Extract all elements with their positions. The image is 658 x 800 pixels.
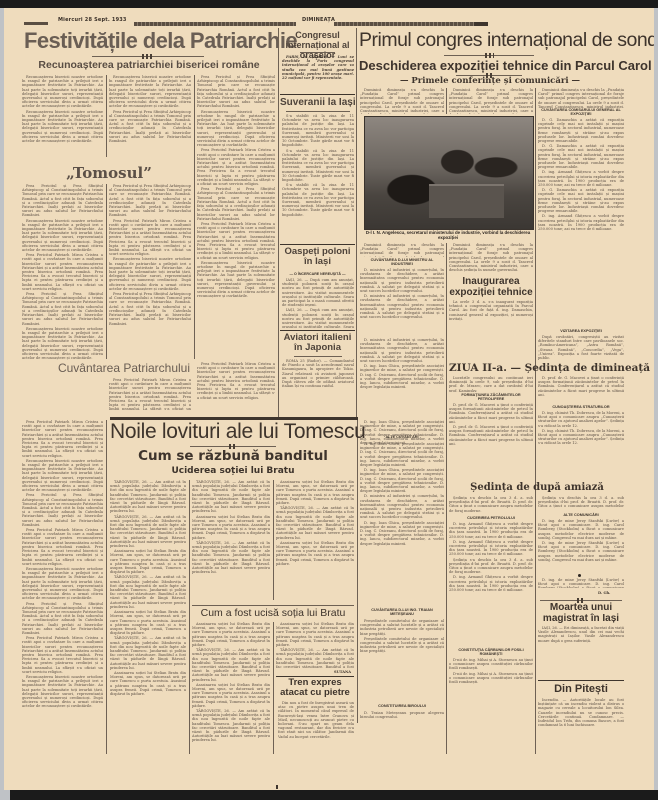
paragraph: Prea Fericitul și Prea Sfințitul Arhiepi… [197, 187, 275, 221]
paragraph: D. G. Damaschin a arătat că expoziția cu… [538, 188, 624, 213]
paragraph: Recunoașterea bisericii noastre ortodoxe… [22, 327, 103, 361]
paragraph: Lucrările congresului au continuat ieri … [449, 376, 533, 392]
paragraph: D. ing. Ioan Ghica, președintele asociaț… [360, 468, 444, 493]
paragraph: D. ing. chimist Th. Dobrescu, de la More… [538, 411, 624, 428]
article-body: S-a stabilit că la ziua de 11 Octombrie … [282, 114, 354, 244]
paragraph: TÂRGOVIȘTE, 26. — Am arătat că în urmă p… [192, 480, 270, 514]
paragraph: D. ministru al industriei și comerțului,… [360, 294, 444, 319]
article-body: IAȘI, 26. — După cum am anunțat, studenț… [282, 278, 354, 328]
article-body: Prea Fericitul și Prea Sfințitul Arhiepi… [197, 75, 275, 355]
paragraph: D. ing. Ioan Ghica, președintele asociaț… [360, 364, 444, 389]
paragraph: Prea Fericitul Patriarh Miron Cristea a … [22, 528, 103, 566]
paragraph: TÂRGOVIȘTE, 26. — Am arătat că în urmă p… [276, 506, 354, 540]
paragraph: Recunoașterea bisericii noastre ortodoxe… [197, 110, 275, 148]
divider [192, 605, 354, 606]
paragraph: Asasinarea soției lui Stelian Bratu din … [192, 622, 270, 647]
paragraph: D. ing. Ioan Ghica, președintele asociaț… [360, 442, 444, 467]
paragraph: Ședința s-a deschis la ora 3 d. a. sub p… [538, 496, 624, 508]
article-body: Prea Fericitul Patriarh Miron Cristea a … [22, 420, 103, 775]
paragraph: TÂRGOVIȘTE, 26. — Am arătat că în urmă p… [110, 515, 186, 549]
paragraph: Recunoașterea bisericii noastre ortodoxe… [22, 219, 103, 253]
divider [294, 356, 342, 357]
paragraph: Asasinarea soției lui Stelian Bratu din … [276, 622, 354, 647]
paragraph: D. ing. de mine Jerzy Stanfski (Lwów) a … [538, 578, 624, 588]
article-body: Recunoașterea bisericii noastre ortodoxe… [109, 75, 191, 160]
paragraph: Prea Fericitul Patriarh Miron Cristea a … [197, 222, 275, 260]
masthead-title: DIMINEAȚA [302, 17, 335, 23]
paragraph: Prea Fericitul Patriarh Miron Cristea a … [197, 362, 275, 400]
headline-drilling-congress: Primul congres internațional de sondaje [359, 29, 621, 51]
article-body: ROMA 25 (Rador). — Comandantul de Pinedo… [282, 359, 354, 409]
paragraph: S-a stabilit că la ziua de 11 Octombrie … [282, 114, 354, 148]
paragraph: Prea Fericitul și Prea Sfințitul Arhiepi… [109, 184, 191, 218]
kicker-drilling-congress: — Primele conferințe și comunicări — [359, 76, 621, 87]
paragraph: Asasinarea soției lui Stelian Bratu din … [192, 683, 270, 708]
section-head: CUCERIREA PETROLULUI [449, 516, 533, 520]
paragraph: Recunoașterea bisericii noastre ortodoxe… [22, 567, 103, 601]
section-head: CUNOAȘTEREA STRATURILOR [538, 405, 624, 409]
article-body: Asasinarea soției lui Stelian Bratu din … [192, 622, 270, 775]
article-body: D-nii dr. ing. Mihai și A. Stoenescu au … [449, 658, 533, 706]
masthead-rule [334, 22, 474, 26]
paragraph: D. G. Damaschin a arătat că expoziția cu… [538, 118, 624, 143]
article-body: D. ing. chimist Th. Dobrescu, de la More… [538, 411, 624, 481]
headline-bratu-wife: Cum a fost ucisă soția lui Bratu [192, 607, 354, 619]
paragraph: TÂRGOVIȘTE, 26. — Am arătat că în urmă p… [110, 480, 186, 514]
kicker-tomescu: Uciderea soției lui Bratu [110, 466, 356, 477]
ornament-divider [444, 54, 534, 57]
article-body: Prea Fericitul Patriarh Miron Cristea a … [109, 378, 191, 410]
column-rule [189, 480, 190, 775]
section-head: FORMAȚIUNEA ZĂCĂMINTELOR PETROLIFERE [449, 393, 533, 402]
section-head-afternoon: Ședința de după amiază [449, 482, 625, 494]
photo-caption: D-l I. N. Angelescu, secretarul minister… [362, 230, 534, 240]
paragraph: D. prof. dr. G. Macovei a ținut o confer… [449, 425, 533, 446]
paragraph: Recunoașterea bisericii noastre ortodoxe… [22, 75, 103, 109]
section-head: CUVÂNTAREA D-LUI MINISTRU AL INDUSTRIEI [360, 258, 444, 267]
paragraph: D. ing. Armand Ghițescu a vorbit despre … [538, 170, 624, 187]
paragraph: Prea Fericitul Patriarh Miron Cristea a … [22, 420, 103, 458]
section-head: VIZITAREA EXPOZIȚIEI [538, 329, 624, 333]
page-mark [276, 785, 278, 789]
headline-pitesti: Din Pitești [538, 683, 624, 696]
headline-magistrate: Moartea unui magistrat în Iași [538, 602, 624, 624]
subheadline-tomescu: Cum se răzbună banditul [110, 448, 356, 464]
article-body: D. prof. dr. G. Macovei a ținut o confer… [449, 403, 533, 475]
article-body: Din nou a fost de înregistrat aseară un … [278, 701, 354, 751]
paragraph: Prea Fericitul și Prea Sfințitul Arhiepi… [109, 292, 191, 326]
paragraph: Asasinarea soției lui Stelian Bratu din … [192, 515, 270, 540]
paragraph: D. ing. Armand Ghițescu a vorbit despre … [538, 214, 624, 231]
paragraph: Din nou a fost de înregistrat aseară un … [278, 701, 354, 739]
paragraph: D. ing. Armand Ghițescu a vorbit despre … [449, 522, 533, 539]
section-head: CUVÂNTAREA D-LUI ING. TRAIAN METEȘEANU [360, 608, 444, 617]
article-body: D. ing. de mine Jerzy Stanfski (Lwów) a … [538, 519, 624, 573]
paragraph: D. ing. chimist Th. Dobrescu, de la More… [538, 429, 624, 446]
divider [280, 330, 355, 331]
dateline: Miercuri 28 Sept. 1933 [58, 17, 127, 23]
article-body: TÂRGOVIȘTE, 26. — Am arătat că în urmă p… [110, 480, 186, 775]
ornament-divider [92, 55, 204, 58]
article-body: Prea Fericitul și Prea Sfințitul Arhiepi… [22, 184, 103, 419]
column-rule [278, 28, 279, 418]
paragraph: Prea Fericitul și Prea Sfințitul Arhiepi… [197, 75, 275, 109]
article-body: PARIS, 26, (Rador). — Luni se deschide l… [282, 55, 354, 91]
paragraph: După cuvântări, congresiștii au vizitat … [538, 335, 624, 360]
paragraph: Duminică dimineața s-a deschis la „Funda… [360, 88, 444, 114]
paragraph: D. ing. Ioan Ghica, președintele asociaț… [360, 521, 444, 546]
photo-detail [429, 184, 505, 217]
divider [286, 111, 350, 112]
photo-exhibition-opening [364, 116, 534, 230]
article-body: IAȘI, 26. — Eri dimineață, a încetat din… [538, 626, 624, 656]
masthead-rule-left [24, 22, 48, 25]
paragraph: D. prof. dr. G. Macovei a ținut o confer… [449, 403, 533, 424]
column-rule [106, 184, 107, 359]
paragraph: TÂRGOVIȘTE, 26. — Am arătat că în urmă p… [192, 709, 270, 743]
article-body: Asasinarea soției lui Stelian Bratu din … [276, 622, 354, 668]
article-body: D. G. Damaschin a arătat că expoziția cu… [538, 118, 624, 328]
article-body: Duminică dimineața s-a deschis la „Funda… [360, 88, 444, 114]
column-rule [357, 418, 358, 723]
newspaper-page: Miercuri 28 Sept. 1933 DIMINEAȚA Festivi… [4, 8, 654, 790]
article-body: Prea Fericitul și Prea Sfințitul Arhiepi… [109, 184, 191, 359]
article-body: Duminică dimineața s-a deschis la „Funda… [360, 243, 444, 257]
paragraph: Prea Fericitul Patriarh Miron Cristea a … [22, 253, 103, 291]
paragraph: TÂRGOVIȘTE, 26. — Am arătat că în urmă p… [276, 648, 354, 668]
section-head: ALTE COMUNICĂRI [538, 513, 624, 517]
paragraph: D. Traian Meteșeanu propune alegerea bir… [360, 711, 444, 719]
article-body: Asasinarea soției lui Stelian Bratu din … [276, 480, 354, 605]
paragraph: D. ing. de mine Jerzy Stanfski (Lwów) a … [538, 541, 624, 562]
headline-patriarchate: Festivitățile dela Patriarchie [24, 28, 274, 54]
column-rule [194, 75, 195, 359]
paragraph: S-a stabilit că la ziua de 11 Octombrie … [282, 183, 354, 217]
section-head-day2: ZIUA II-a. — Ședința de dimineață [449, 362, 625, 374]
paragraph: IAȘI, 26. — Eri dimineață, a încetat din… [538, 626, 624, 643]
paragraph: D. ministru al industriei și comerțului,… [360, 338, 444, 363]
section-head-tomos: „Tomosul” [24, 164, 194, 182]
paragraph: Prea Fericitul și Prea Sfințitul Arhiepi… [22, 602, 103, 636]
paragraph: D-nii dr. ing. Mihai și A. Stoenescu au … [449, 658, 533, 671]
article-body: La orele 3 d. a. s-a inaugurat expoziția… [449, 300, 533, 340]
article-body: D. ministru al industriei și comerțului,… [360, 268, 444, 338]
paragraph: Duminică dimineața s-a deschis la „Funda… [449, 243, 533, 272]
divider [300, 52, 335, 53]
paragraph: Recunoașterea bisericii noastre ortodoxe… [22, 459, 103, 493]
paragraph: Incendiu. — Autoritățile locale au fost … [538, 698, 624, 727]
paragraph: D. ministru al industriei și comerțului,… [360, 494, 444, 519]
column-rule [106, 75, 107, 157]
article-body: Ședința s-a deschis la ora 3 d. a. sub p… [538, 496, 624, 508]
paragraph: Luni se deschide la Paris congresul inte… [282, 55, 354, 80]
column-rule [535, 88, 536, 778]
paragraph: Asasinarea soției lui Stelian Bratu din … [276, 541, 354, 566]
headline-sovereigns: Suveranii la Iași [280, 97, 355, 109]
paragraph: TÂRGOVIȘTE, 26. — Am arătat că în urmă p… [110, 575, 186, 609]
paragraph: D. G. Damaschin a arătat că expoziția cu… [538, 144, 624, 169]
paragraph: D. ing. Armand Ghițescu a vorbit despre … [449, 575, 533, 592]
column-rule [446, 88, 447, 114]
paragraph: Recunoașterea bisericii noastre ortodoxe… [22, 110, 103, 144]
divider [280, 94, 355, 95]
headline-italian-aviators: Aviatori italieni în Japonia [280, 333, 355, 353]
paragraph: Recunoașterea bisericii noastre ortodoxe… [197, 261, 275, 299]
paragraph: D. ministru al industriei și comerțului,… [360, 268, 444, 293]
divider [280, 244, 355, 245]
paragraph: Prea Fericitul și Prea Sfințitul Arhiepi… [109, 110, 191, 144]
headline-train-attack: Tren expres atacat cu pietre [276, 678, 354, 698]
section-head: CONSTITUȚIA CĂRBUNILOR FOSILI ROMÂNEȘTI [449, 648, 533, 657]
paragraph: TÂRGOVIȘTE, 26. — Am arătat că în urmă p… [192, 648, 270, 682]
article-body: Duminică dimineața s-a deschis la „Funda… [538, 88, 624, 108]
column-rule [446, 243, 447, 778]
section-head-speech: Cuvântarea Patriarchului [44, 361, 204, 375]
article-body: Prea Fericitul Patriarh Miron Cristea a … [197, 362, 275, 414]
paragraph: Prea Fericitul Patriarh Miron Cristea a … [109, 219, 191, 257]
paragraph: ROMA 25 (Rador). — Comandantul de Pinedo… [282, 359, 354, 388]
paragraph: Duminică dimineața s-a deschis la „Funda… [449, 88, 533, 114]
signature: SUTANA [334, 670, 351, 674]
section-head-inauguration: Inaugurarea expoziției tehnice [449, 276, 533, 298]
paragraph: Prea Fericitul Patriarh Miron Cristea a … [22, 636, 103, 674]
column-rule [273, 622, 274, 775]
paragraph: TÂRGOVIȘTE, 26. — Am arătat că în urmă p… [192, 541, 270, 575]
paragraph: Asasinarea soției lui Stelian Bratu din … [110, 549, 186, 574]
paragraph: Recunoașterea bisericii noastre ortodoxe… [109, 75, 191, 109]
article-body: D. ing. Ioan Ghica, președintele asociaț… [360, 442, 444, 606]
paragraph: Duminică dimineața s-a deschis la „Funda… [360, 243, 444, 257]
kicker: — O ÎNCERCARE NEREUȘITĂ — [280, 272, 355, 276]
section-head: CUVÂNTAREA COMISARULUI GENERAL AL EXPOZI… [538, 108, 624, 117]
column-rule [106, 420, 107, 775]
article-body: D. prof. dr. G. Macovei a ținut o confer… [538, 376, 624, 404]
paragraph: D. ing. de mine Jerzy Stanfski (Lwów) a … [538, 519, 624, 540]
subheadline-patriarchate: Recunoașterea patriarchiei bisericei rom… [24, 59, 274, 72]
paragraph: S-a stabilit că la ziua de 11 Octombrie … [282, 149, 354, 183]
article-body: D. ministru al industriei și comerțului,… [360, 338, 444, 418]
paragraph: Prea Fericitul Patriarh Miron Cristea a … [197, 148, 275, 186]
paragraph: IAȘI, 26. — După cum am anunțat, studenț… [282, 308, 354, 328]
paragraph: La orele 3 d. a. s-a inaugurat expoziția… [449, 300, 533, 321]
paragraph: Asasinarea soției lui Stelian Bratu din … [276, 480, 354, 505]
paragraph: Duminică dimineața s-a deschis la „Funda… [538, 88, 624, 108]
column-rule [356, 28, 357, 418]
paragraph: Prea Fericitul și Prea Sfințitul Arhiepi… [22, 493, 103, 527]
column-rule [273, 480, 274, 600]
article-body: Ședința s-a deschis la ora 3 d. a. sub p… [449, 496, 533, 516]
paragraph: Asasinarea soției lui Stelian Bratu din … [110, 671, 186, 696]
paragraph: Recunoașterea bisericii noastre ortodoxe… [22, 675, 103, 709]
paragraph: Prea Fericitul Patriarh Miron Cristea a … [109, 378, 191, 410]
paragraph: Asasinarea soției lui Stelian Bratu din … [110, 610, 186, 635]
divider [538, 680, 624, 681]
paragraph: Prea Fericitul și Prea Sfințitul Arhiepi… [22, 184, 103, 218]
paragraph: Ședința s-a deschis la ora 3 d. a. sub p… [449, 558, 533, 575]
paragraph: Președintele comitetului de organizare a… [360, 637, 444, 654]
page-number-marker [474, 22, 488, 26]
masthead-rule [134, 22, 296, 26]
article-body: Președintele comitetului de organizare a… [360, 619, 444, 699]
section-head: CONSTITUIREA BIROULUI [360, 704, 444, 708]
paragraph: Prea Fericitul și Prea Sfințitul Arhiepi… [22, 292, 103, 326]
scanner-top-border [0, 0, 658, 8]
paragraph: TÂRGOVIȘTE, 26. — Am arătat că în urmă p… [110, 636, 186, 670]
article-body: D. Traian Meteșeanu propune alegerea bir… [360, 711, 444, 721]
article-body: Duminică dimineața s-a deschis la „Funda… [449, 243, 533, 273]
signature: D. Gh. [598, 591, 610, 595]
scanner-bottom-border [10, 790, 658, 800]
page-bottom-margin [4, 754, 654, 790]
article-body: După cuvântări, congresiștii au vizitat … [538, 335, 624, 365]
article-body: D. ing. Armand Ghițescu a vorbit despre … [449, 522, 533, 646]
paragraph: Președintele comitetului de organizare a… [360, 619, 444, 636]
article-body: Lucrările congresului au continuat ieri … [449, 376, 533, 392]
paragraph: Recunoașterea bisericii noastre ortodoxe… [109, 257, 191, 291]
article-body: TÂRGOVIȘTE, 26. — Am arătat că în urmă p… [192, 480, 270, 605]
headline-polish-guests: Oaspeți poloni în Iași [280, 247, 355, 267]
headline-tomescu: Noile lovituri ale lui Tomescu [110, 420, 356, 444]
article-body: Duminică dimineața s-a deschis la „Funda… [449, 88, 533, 114]
separator-dot [578, 574, 581, 577]
article-body: Recunoașterea bisericii noastre ortodoxe… [22, 75, 103, 155]
subheadline-drilling-congress: Deschiderea expoziției tehnice din Parcu… [359, 58, 621, 73]
article-body: D. ing. de mine Jerzy Stanfski (Lwów) a … [538, 578, 624, 588]
paragraph: D. ing. Armand Ghițescu a vorbit despre … [449, 540, 533, 557]
paragraph: D-nii dr. ing. Mihai și A. Stoenescu au … [449, 672, 533, 685]
paragraph: Ședința s-a deschis la ora 3 d. a. sub p… [449, 496, 533, 513]
section-head: ALTE CUVÂNTĂRI [360, 435, 444, 439]
paragraph: D. prof. dr. G. Macovei a ținut o confer… [538, 376, 624, 397]
paragraph: IAȘI, 26. — După cum am anunțat, studenț… [282, 278, 354, 307]
